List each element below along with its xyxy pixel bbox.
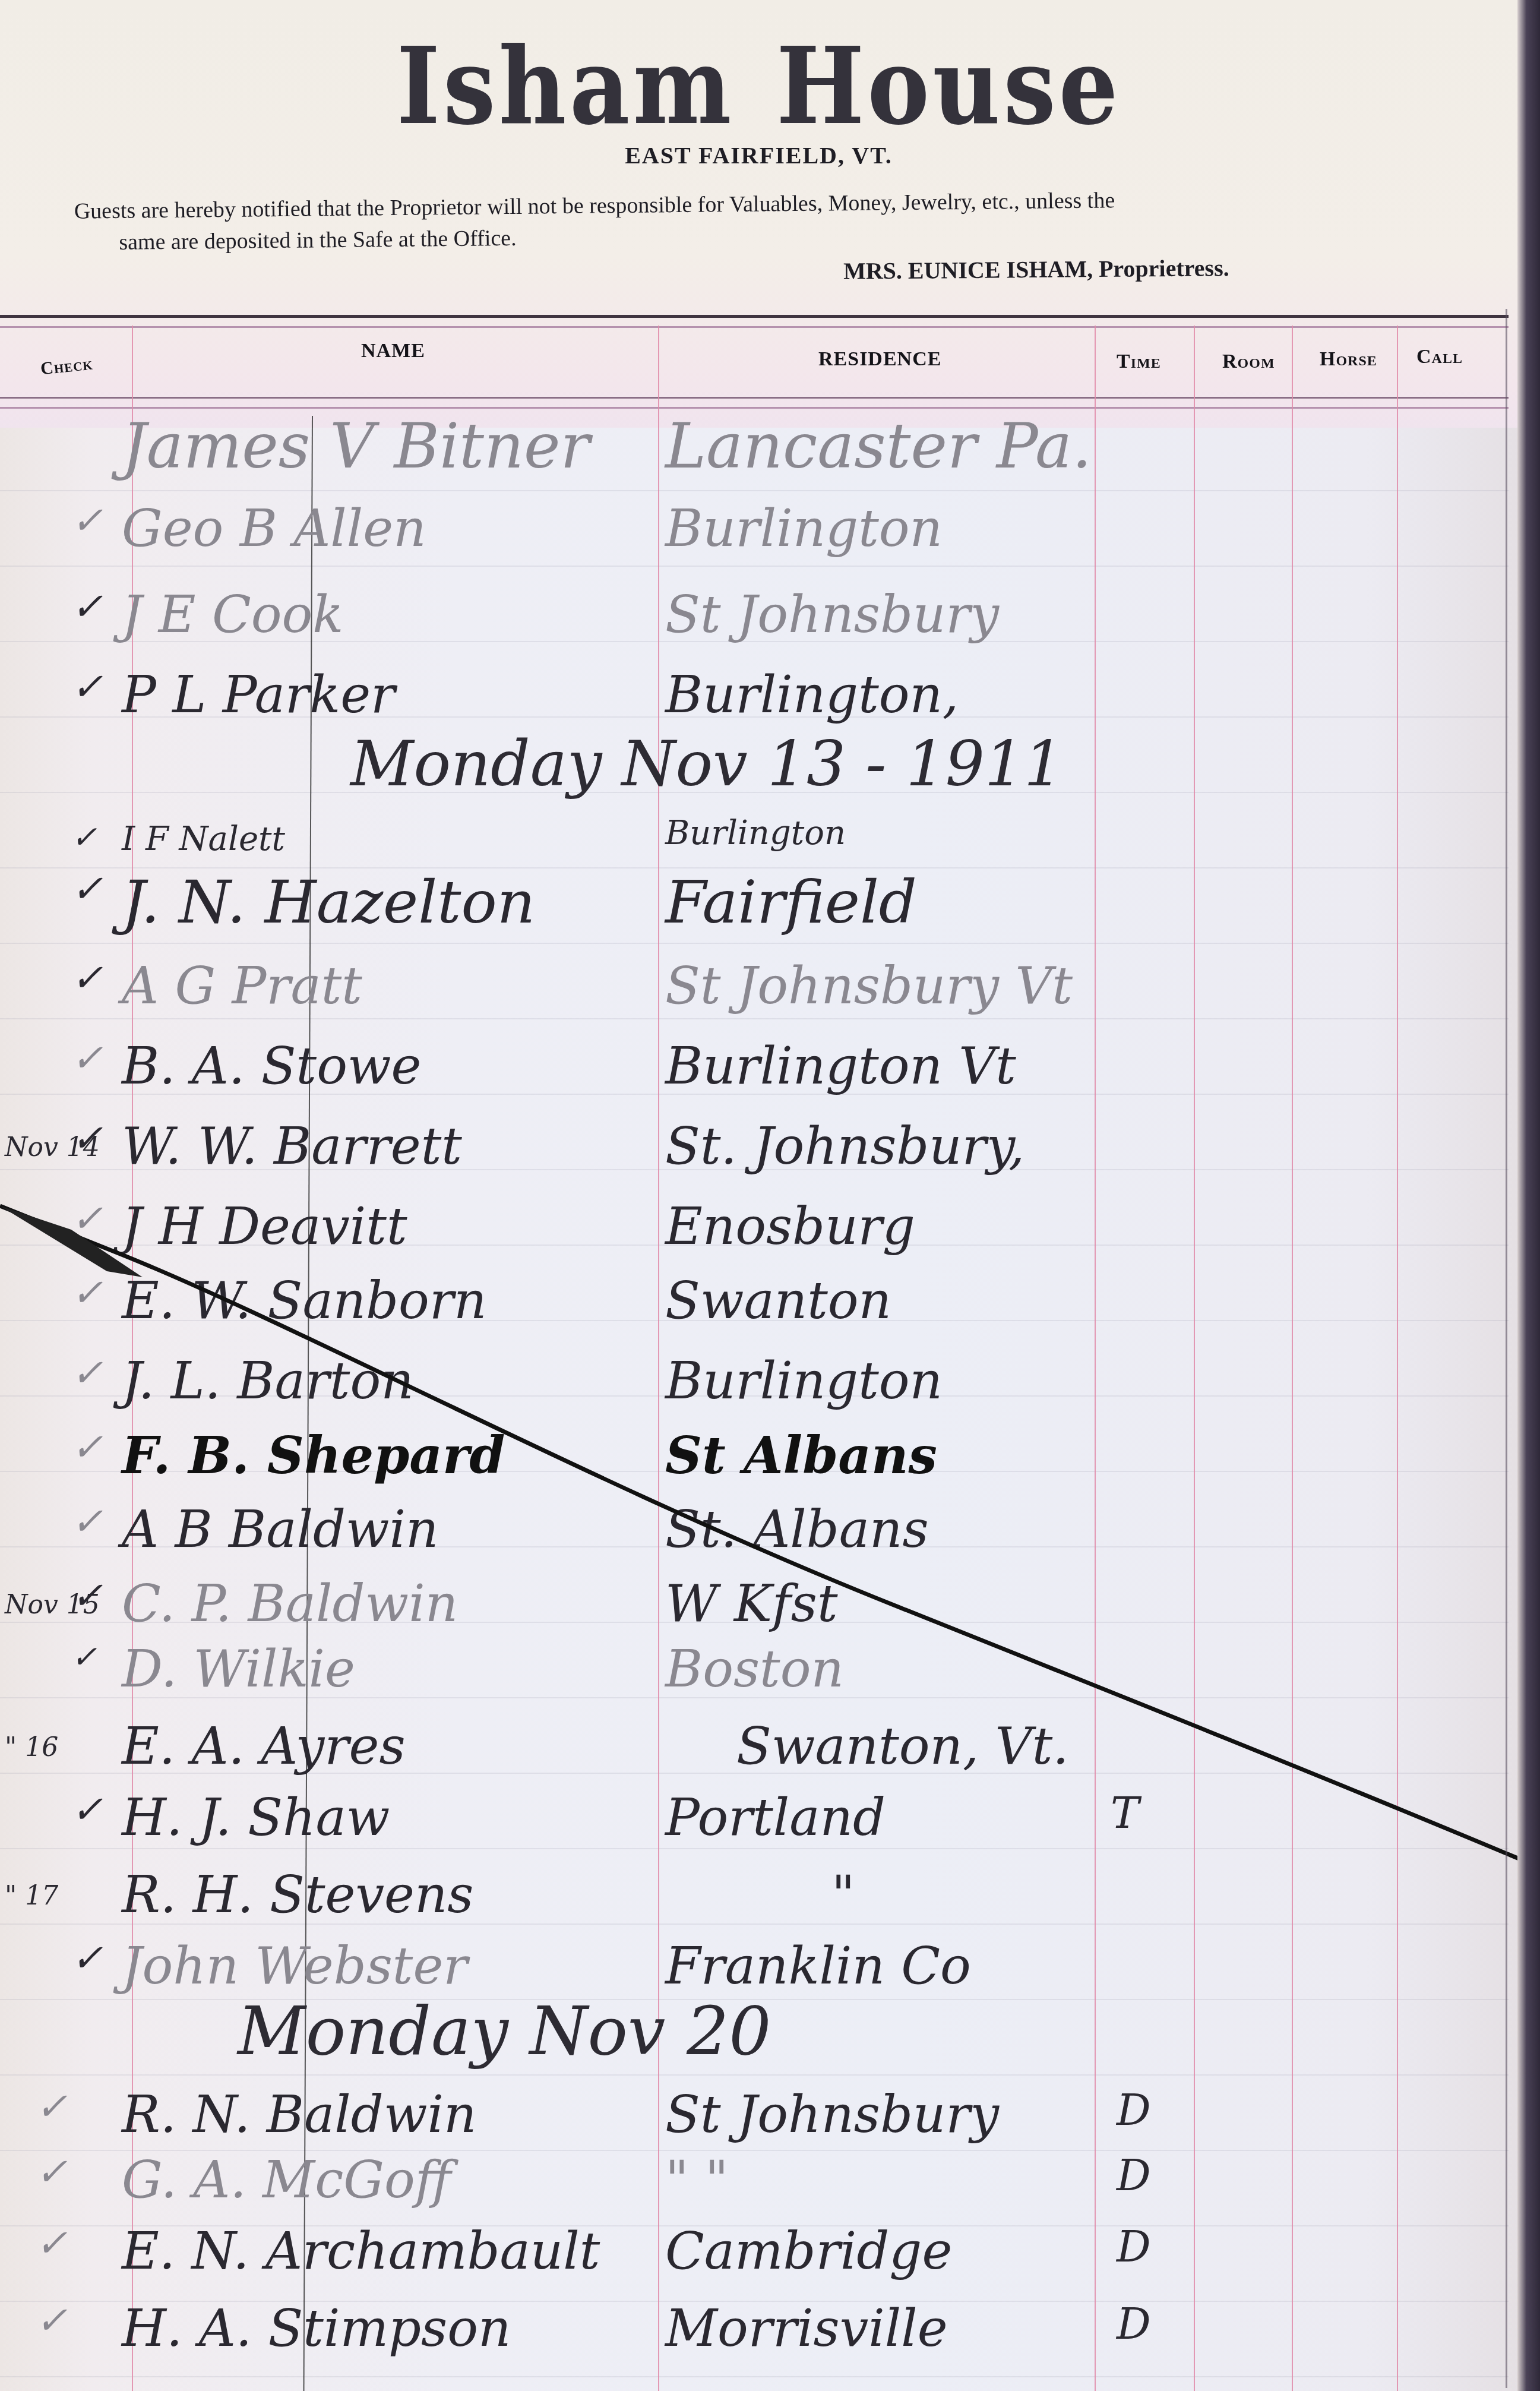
guest-residence: W Kfst: [665, 1574, 838, 1634]
guest-residence: Lancaster Pa.: [665, 410, 1092, 482]
guest-residence: Burlington: [665, 814, 846, 852]
check-mark: ✓: [71, 1788, 103, 1832]
col-header-room: Room: [1222, 350, 1275, 373]
guest-residence: Burlington Vt: [665, 1037, 1016, 1096]
guest-residence: St Albans: [665, 1426, 937, 1486]
guest-residence: Burlington: [665, 1351, 943, 1411]
guest-residence: St Johnsbury Vt: [665, 956, 1073, 1016]
guest-name: E. A. Ayres: [122, 1717, 406, 1776]
register-row: ✓ A G Pratt St Johnsbury Vt: [0, 956, 1509, 1028]
guest-name: E. W. Sanborn: [122, 1271, 486, 1331]
register-row: ✓ E. W. Sanborn Swanton: [0, 1271, 1509, 1343]
hotel-location: EAST FAIRFIELD, VT.: [0, 141, 1517, 169]
col-header-call: Call: [1416, 346, 1463, 368]
check-mark: ✓: [71, 1351, 103, 1395]
date-heading: Monday Nov 13 - 1911: [350, 728, 1063, 800]
guest-residence: St. Johnsbury,: [665, 1117, 1024, 1176]
guest-name: R. N. Baldwin: [122, 2085, 476, 2144]
col-header-residence: RESIDENCE: [818, 348, 941, 371]
guest-residence: Cambridge: [665, 2222, 952, 2281]
guest-name: A G Pratt: [122, 956, 362, 1016]
date-heading: Monday Nov 20: [238, 1993, 771, 2070]
register-row: ✓ B. A. Stowe Burlington Vt: [0, 1037, 1509, 1108]
register-row: ✓ H. A. Stimpson Morrisville D: [0, 2299, 1509, 2370]
guest-residence: Swanton, Vt.: [736, 1717, 1069, 1776]
time-mark: D: [1117, 2222, 1151, 2272]
register-row: ✓ J. N. Hazelton Fairfield: [0, 867, 1509, 939]
time-mark: D: [1117, 2085, 1151, 2135]
date-note: " 17: [5, 1881, 58, 1911]
register-row: ✓ D. Wilkie Boston: [0, 1640, 1509, 1711]
guest-name: H. J. Shaw: [122, 1788, 390, 1847]
time-mark: D: [1117, 2299, 1151, 2349]
check-mark: ✓: [36, 2085, 68, 2129]
guest-residence: St Johnsbury: [665, 585, 999, 645]
check-mark: ✓: [71, 820, 97, 855]
check-mark: ✓: [71, 1117, 103, 1161]
register-row: ✓ Geo B Allen Burlington: [0, 499, 1509, 570]
check-mark: ✓: [36, 2222, 68, 2266]
col-header-time: Time: [1117, 350, 1161, 373]
guest-name: W. W. Barrett: [122, 1117, 462, 1176]
register-row: ✓ J E Cook St Johnsbury: [0, 585, 1509, 656]
check-mark: ✓: [71, 1640, 97, 1675]
register-row: ✓ J. L. Barton Burlington: [0, 1351, 1509, 1423]
guest-name: Geo B Allen: [122, 499, 426, 558]
guest-name: John Webster: [122, 1937, 467, 1996]
check-mark: ✓: [71, 956, 103, 1000]
register-row: ✓ P L Parker Burlington,: [0, 665, 1509, 737]
proprietress-signature: MRS. EUNICE ISHAM, Proprietress.: [843, 254, 1229, 285]
guest-name: J E Cook: [122, 585, 343, 645]
guest-name: P L Parker: [122, 665, 395, 725]
register-row: ✓ F. B. Shepard St Albans: [0, 1426, 1509, 1497]
guest-residence: " ": [665, 2150, 728, 2210]
register-row: ✓ G. A. McGoff " " D: [0, 2150, 1509, 2222]
check-mark: ✓: [71, 1500, 103, 1544]
guest-name: G. A. McGoff: [122, 2150, 451, 2210]
guest-residence: Morrisville: [665, 2299, 948, 2358]
guest-name: B. A. Stowe: [122, 1037, 421, 1096]
time-mark: D: [1117, 2150, 1151, 2200]
register-row: " 17 R. H. Stevens ": [0, 1865, 1509, 1937]
guest-name: I F Nalett: [122, 820, 285, 858]
guest-residence: Boston: [665, 1640, 844, 1699]
register-page: IshamHouse EAST FAIRFIELD, VT. Guests ar…: [0, 0, 1517, 2391]
guest-name: E. N. Archambault: [122, 2222, 600, 2281]
page-binding-edge: [1506, 309, 1507, 2388]
register-row: " 16 E. A. Ayres Swanton, Vt.: [0, 1717, 1509, 1788]
register-row: ✓ E. N. Archambault Cambridge D: [0, 2222, 1509, 2293]
check-mark: ✓: [71, 665, 103, 709]
guest-name: J H Deavitt: [122, 1197, 407, 1256]
hotel-title: IshamHouse: [91, 24, 1427, 148]
col-header-horse: Horse: [1320, 348, 1377, 371]
check-mark: ✓: [36, 2150, 68, 2194]
register-row: James V Bitner Lancaster Pa.: [0, 410, 1509, 481]
check-mark: ✓: [71, 499, 103, 543]
guest-name: J. N. Hazelton: [122, 867, 535, 937]
guest-residence: St. Albans: [665, 1500, 929, 1559]
date-note: " 16: [5, 1732, 58, 1763]
col-header-name: NAME: [361, 340, 425, 362]
header-top-rule: [0, 315, 1509, 328]
check-mark: ✓: [71, 1037, 103, 1081]
guest-residence: Burlington,: [665, 665, 959, 725]
register-row: ✓ A B Baldwin St. Albans: [0, 1500, 1509, 1571]
guest-name: J. L. Barton: [122, 1351, 414, 1411]
guest-residence: Franklin Co: [665, 1937, 971, 1996]
book-spine: [1517, 0, 1540, 2391]
check-mark: ✓: [71, 1426, 103, 1470]
header-bottom-rule: [0, 397, 1509, 409]
guest-residence: Portland: [665, 1788, 886, 1847]
check-mark: ✓: [71, 1574, 103, 1618]
register-row: Nov 15 ✓ C. P. Baldwin W Kfst: [0, 1574, 1509, 1645]
guest-residence: Burlington: [665, 499, 943, 558]
guest-residence: ": [831, 1865, 855, 1925]
check-mark: ✓: [71, 867, 103, 911]
title-word-2: House: [776, 24, 1121, 148]
guest-residence: Fairfield: [665, 867, 917, 937]
register-row: Nov 14 ✓ W. W. Barrett St. Johnsbury,: [0, 1117, 1509, 1188]
check-mark: ✓: [71, 585, 103, 629]
guest-residence: Swanton: [665, 1271, 891, 1331]
check-mark: ✓: [36, 2299, 68, 2343]
guest-residence: St Johnsbury: [665, 2085, 999, 2144]
title-word-1: Isham: [397, 24, 735, 148]
guest-name: H. A. Stimpson: [122, 2299, 511, 2358]
check-mark: ✓: [71, 1197, 103, 1241]
register-row: ✓ R. N. Baldwin St Johnsbury D: [0, 2085, 1509, 2156]
register-row: ✓ J H Deavitt Enosburg: [0, 1197, 1509, 1268]
guest-residence: Enosburg: [665, 1197, 915, 1256]
guest-name: F. B. Shepard: [122, 1426, 505, 1486]
guest-name: D. Wilkie: [122, 1640, 355, 1699]
guest-name: R. H. Stevens: [122, 1865, 473, 1925]
guest-name: James V Bitner: [122, 410, 590, 482]
check-mark: ✓: [71, 1937, 103, 1981]
time-mark: T: [1111, 1788, 1139, 1838]
guest-name: A B Baldwin: [122, 1500, 439, 1559]
guest-name: C. P. Baldwin: [122, 1574, 458, 1634]
check-mark: ✓: [71, 1271, 103, 1315]
register-row: ✓ H. J. Shaw Portland T: [0, 1788, 1509, 1859]
